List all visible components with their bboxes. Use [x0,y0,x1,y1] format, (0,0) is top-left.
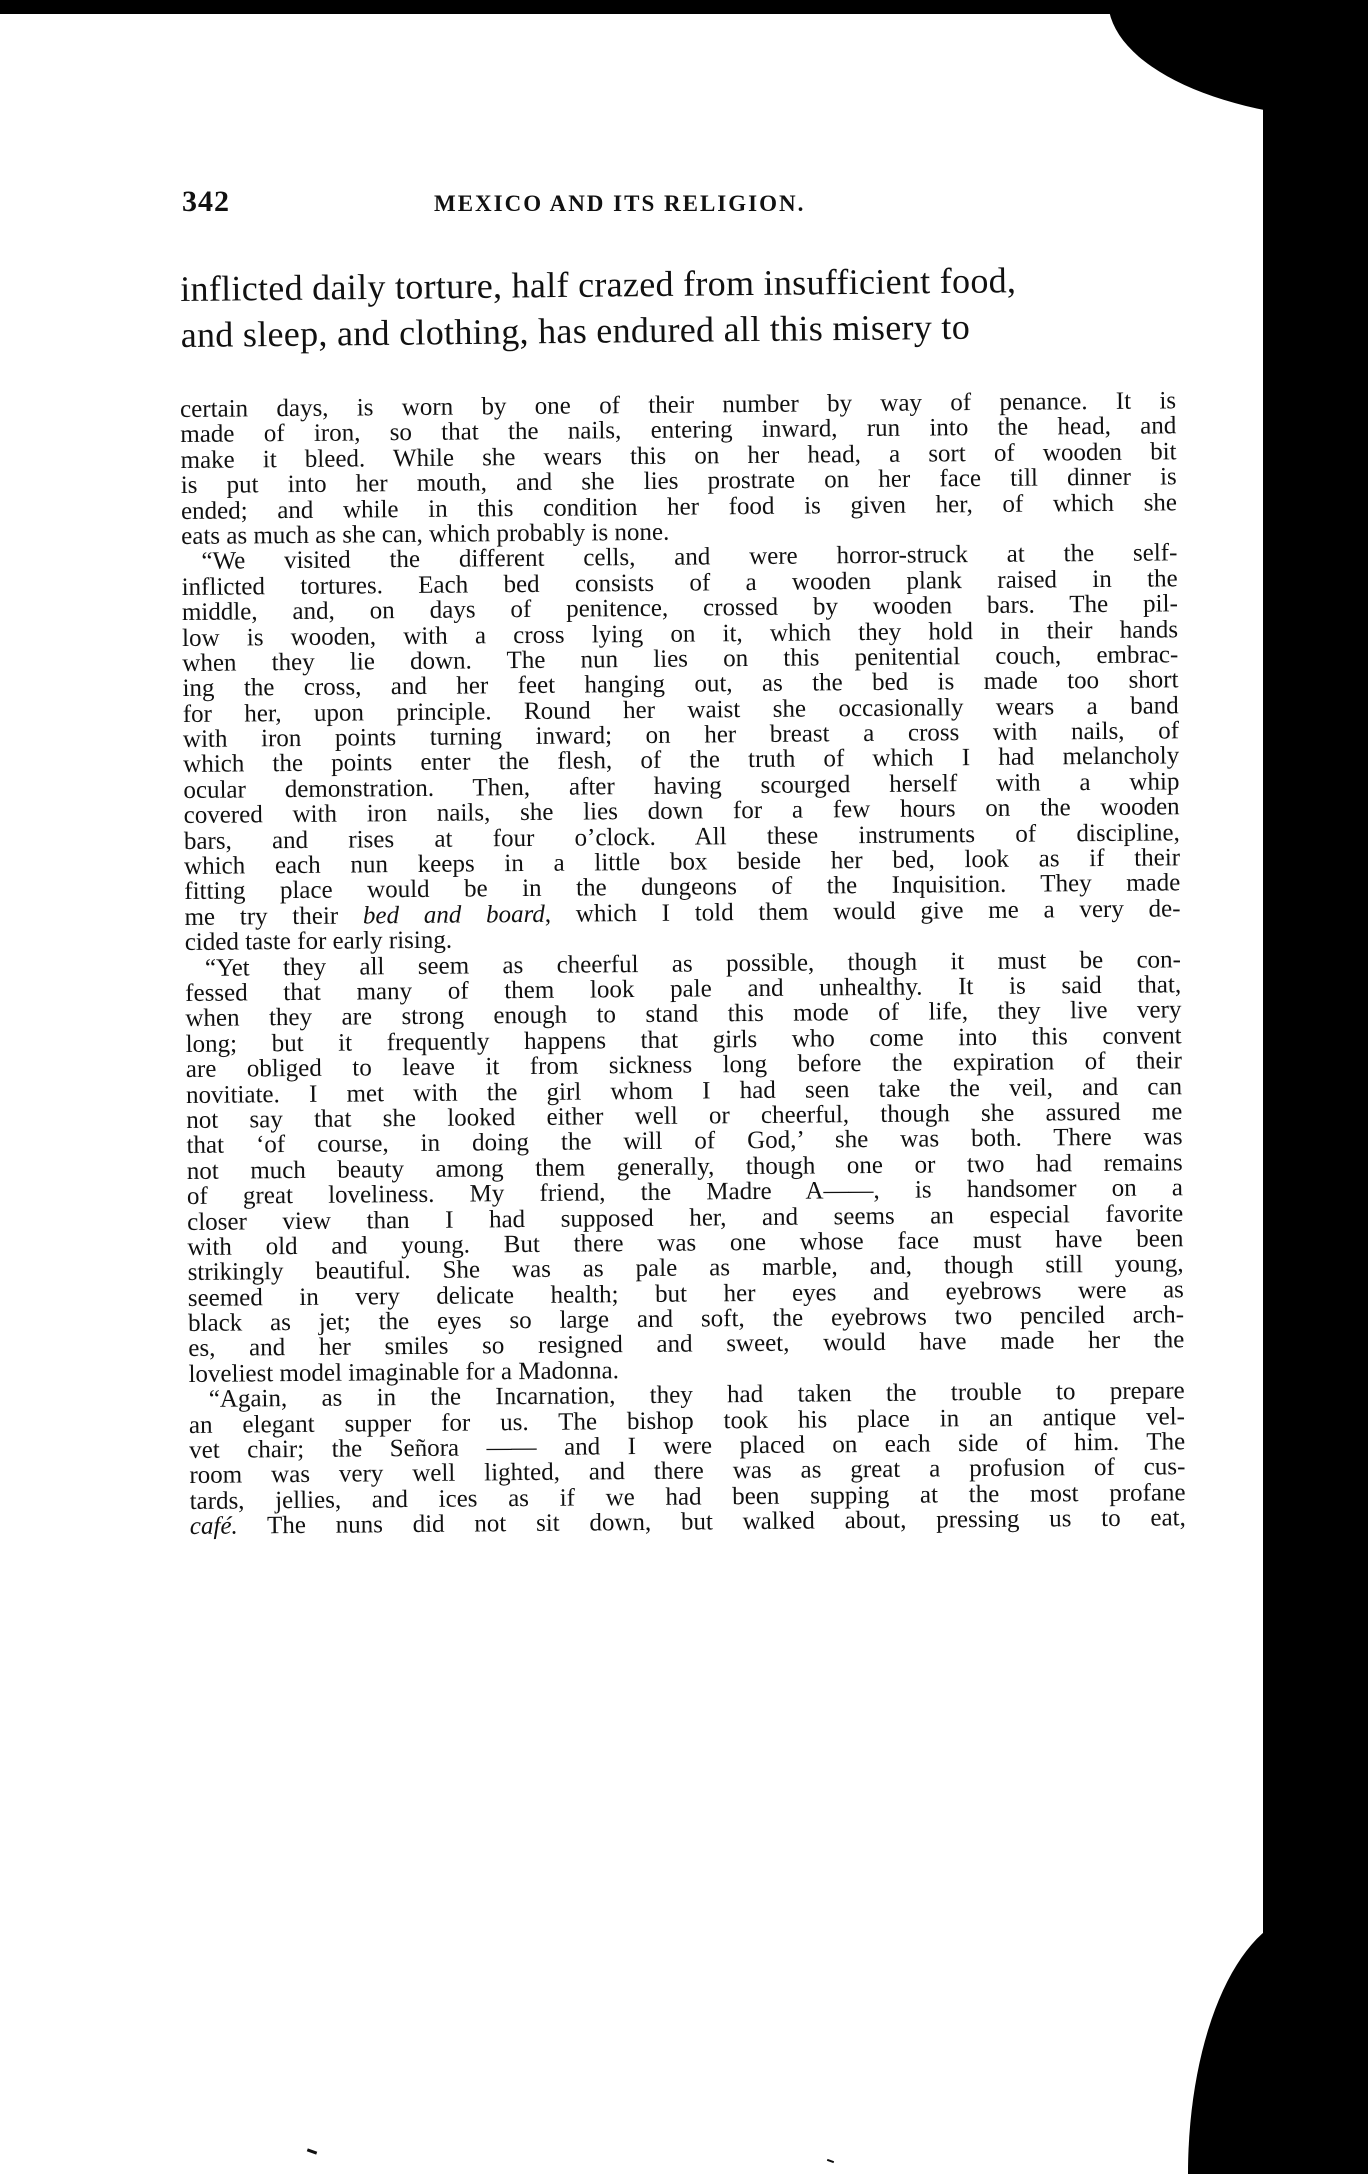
body-text: certain days, is worn by one of their nu… [180,388,1186,1539]
body-line-text: , which I told them would give me a very… [545,895,1181,928]
italic-phrase: bed and board [363,901,545,930]
scan-speck [307,2148,317,2154]
body-line-text: me try their [184,902,363,931]
large-type-quote: inflicted daily torture, half crazed fro… [180,256,1181,358]
italic-phrase: café. [190,1513,238,1540]
running-title: MEXICO AND ITS RELIGION. [434,191,805,217]
scan-edge-bottom-corner [1188,1914,1308,2174]
page-header: 342 MEXICO AND ITS RELIGION. [182,185,1182,225]
page-number: 342 [182,185,230,219]
large-quote-line: and sleep, and clothing, has endured all… [180,302,1180,358]
scan-speck [827,2159,834,2163]
scan-edge-right-binding [1263,0,1368,2174]
